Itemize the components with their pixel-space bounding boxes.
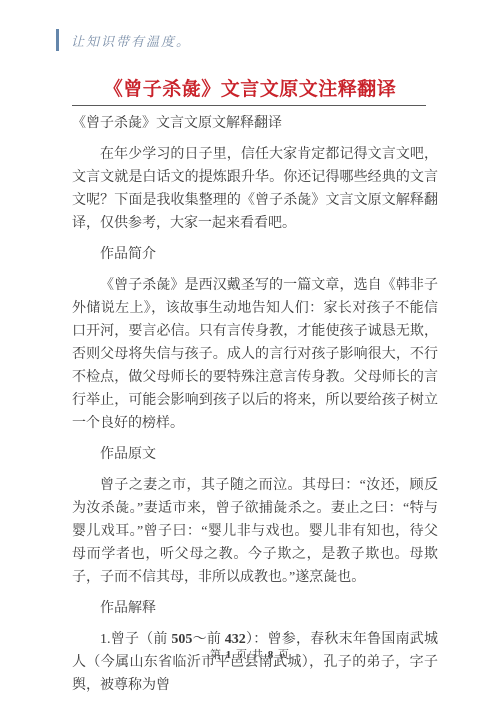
section-heading-about: 作品简介 (72, 243, 438, 266)
notes-paragraph: 1.曾子（前 505～前 432）：曾参，春秋末年鲁国南武城人（今属山东省临沂市… (72, 628, 438, 697)
notes-year-end: 432 (225, 632, 246, 647)
footer-label-pre: 第 (210, 649, 226, 661)
section-heading-notes: 作品解释 (72, 597, 438, 620)
footer-label-mid: 页/共 (232, 649, 268, 661)
page-footer: 第 1 页/共 8 页 (0, 646, 500, 662)
original-text-paragraph: 曾子之妻之市，其子随之而泣。其母曰：“汝还，顾反为汝杀彘。”妻适市来，曾子欲捕彘… (72, 474, 438, 589)
document-page: 让知识带有温度。 《曾子杀彘》文言文原文注释翻译 《曾子杀彘》文言文原文解释翻译… (0, 0, 500, 707)
page-header: 让知识带有温度。 (56, 29, 191, 51)
document-body: 《曾子杀彘》文言文原文解释翻译 在年少学习的日子里，信任大家肯定都记得文言文吧，… (72, 104, 438, 705)
document-title: 《曾子杀彘》文言文原文注释翻译 (0, 74, 500, 101)
document-subtitle: 《曾子杀彘》文言文原文解释翻译 (72, 112, 438, 135)
footer-label-post: 页 (274, 649, 290, 661)
notes-text-mid: ～前 (192, 632, 224, 647)
about-paragraph: 《曾子杀彘》是西汉戴圣写的一篇文章，选自《韩非子 外储说左上》，该故事生动地告知… (72, 274, 438, 435)
intro-paragraph: 在年少学习的日子里，信任大家肯定都记得文言文吧，文言文就是白话文的提炼跟升华。你… (72, 143, 438, 235)
header-slogan: 让知识带有温度。 (71, 31, 191, 50)
section-heading-original: 作品原文 (72, 443, 438, 466)
header-accent-bar (56, 29, 59, 51)
notes-text-pre: 1.曾子（前 (100, 632, 171, 647)
notes-year-start: 505 (171, 632, 192, 647)
